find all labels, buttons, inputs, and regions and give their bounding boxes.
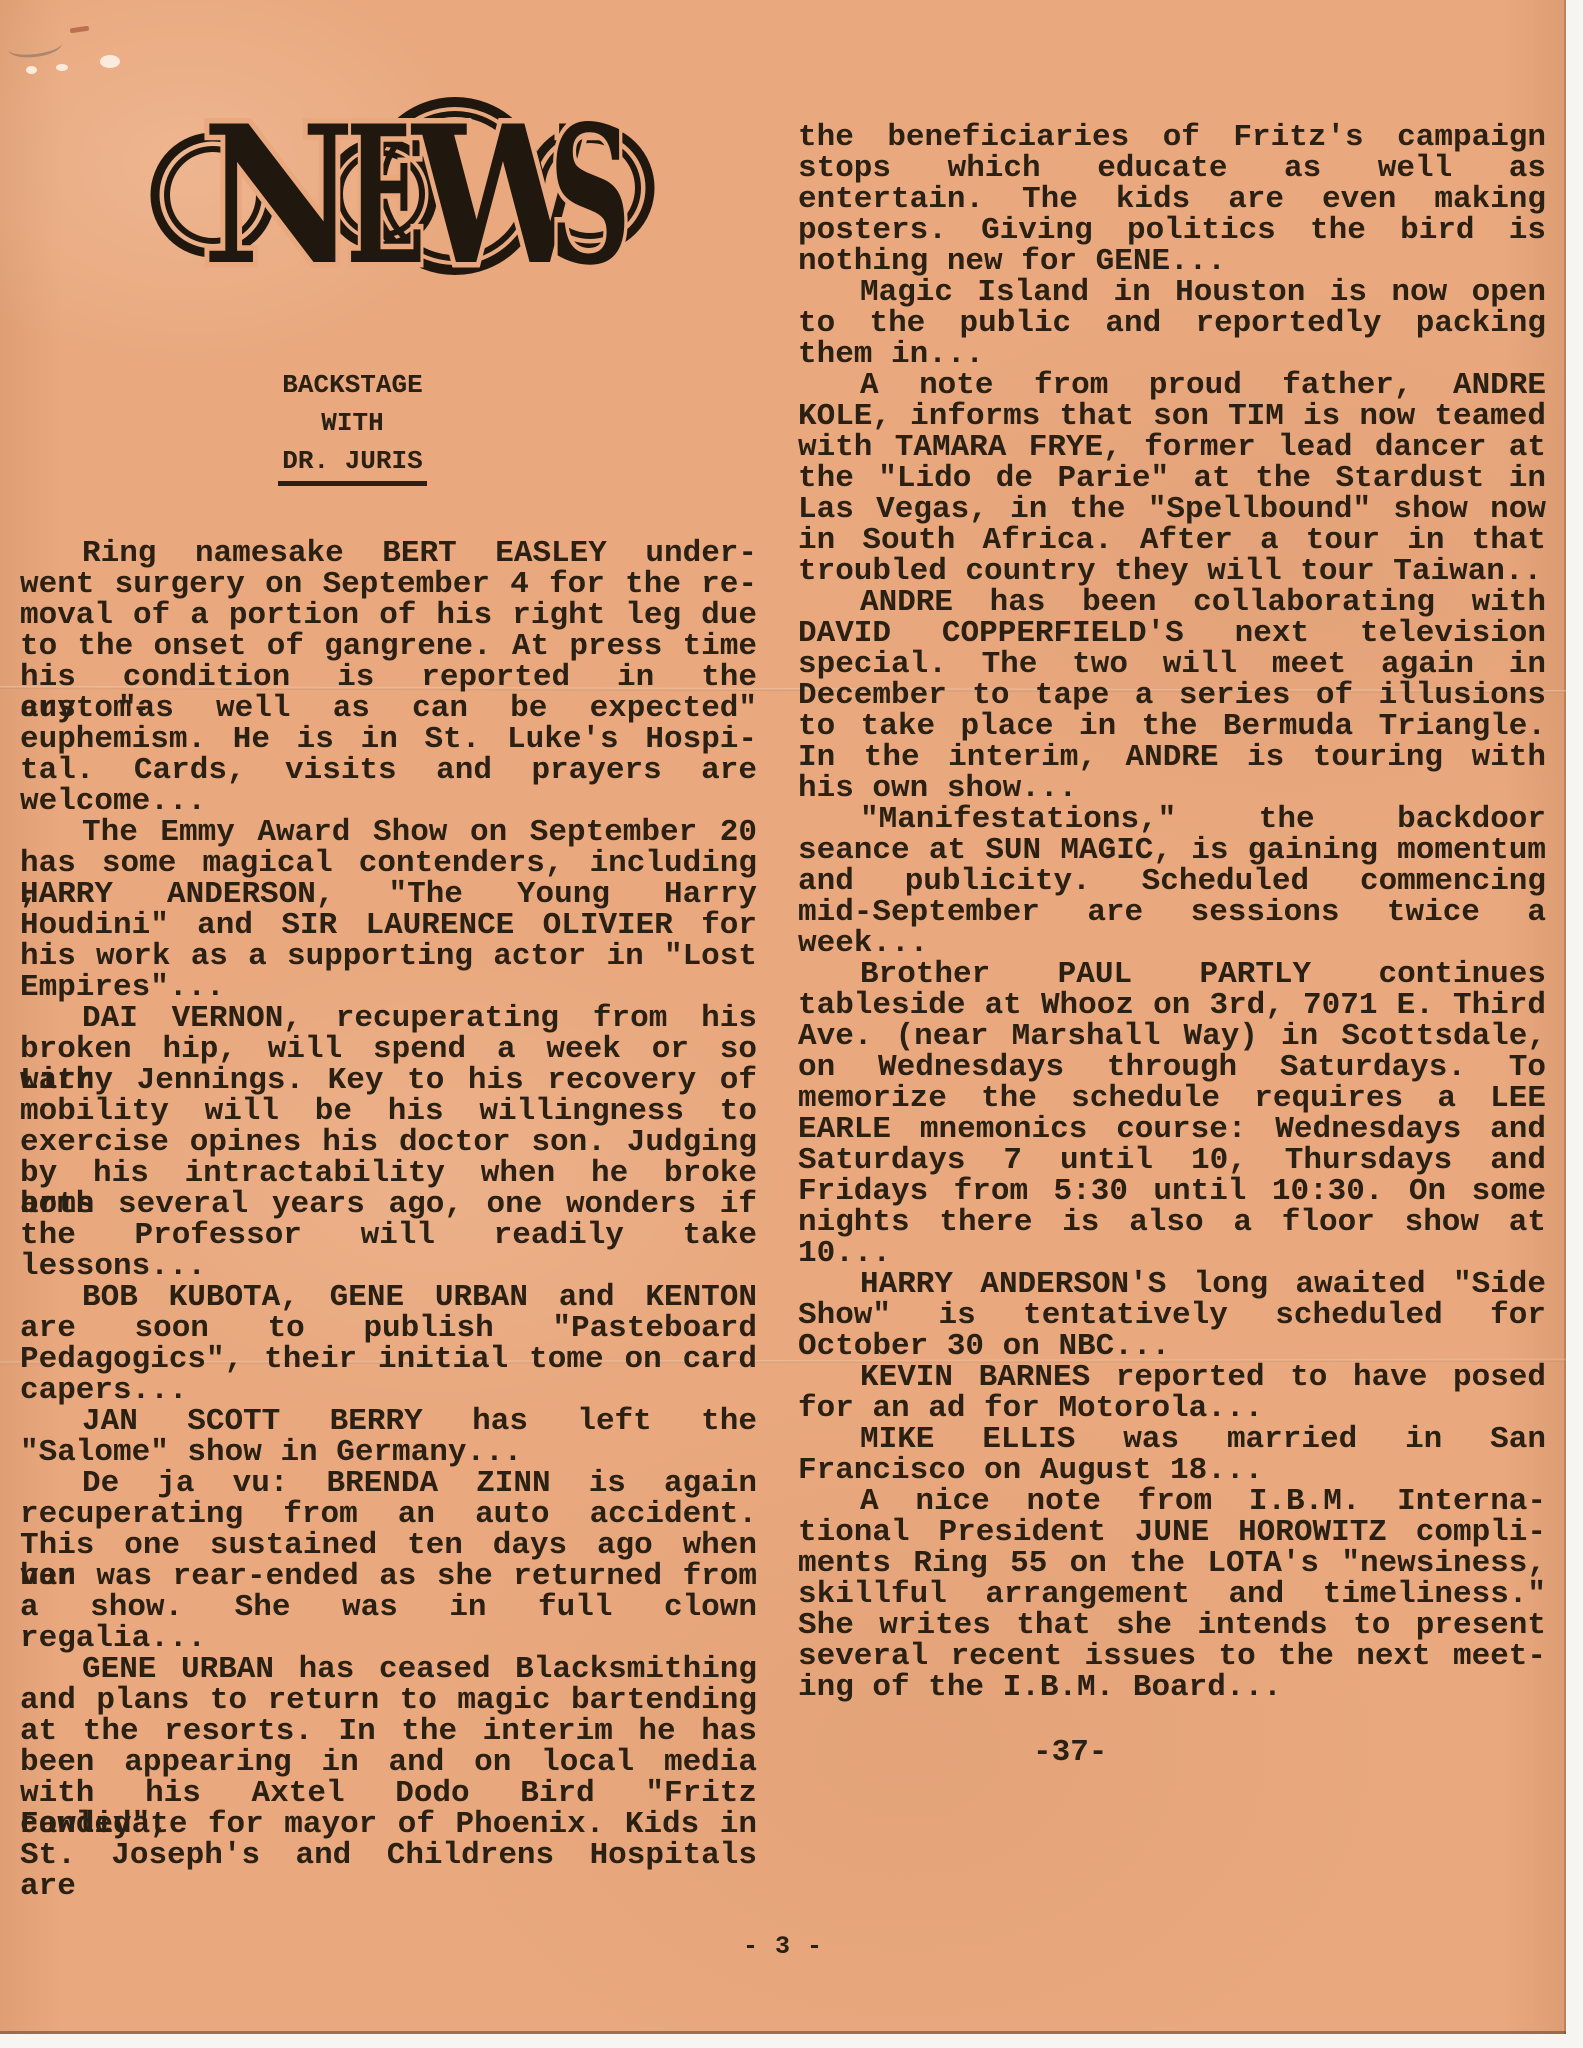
text-line: HARRY ANDERSON, "The Young Harry [20, 879, 757, 910]
text-line: Fridays from 5:30 until 10:30. On some [798, 1176, 1546, 1207]
text-line: Francisco on August 18... [798, 1455, 1546, 1486]
text-line: mid-September are sessions twice a [798, 897, 1546, 928]
text-line: memorize the schedule requires a LEE [798, 1083, 1546, 1114]
text-line: special. The two will meet again in [798, 649, 1546, 680]
text-line: DAI VERNON, recuperating from his [20, 1003, 757, 1034]
heading-line-backstage: BACKSTAGE [278, 366, 426, 404]
text-line: Show" is tentatively scheduled for [798, 1300, 1546, 1331]
text-line: DAVID COPPERFIELD'S next television [798, 618, 1546, 649]
text-line: 10... [798, 1238, 1546, 1269]
text-line: October 30 on NBC... [798, 1331, 1546, 1362]
text-line: Las Vegas, in the "Spellbound" show now [798, 494, 1546, 525]
heading-line-dr-juris: DR. JURIS [278, 442, 426, 486]
text-line: ary "as well as can be expected" [20, 693, 757, 724]
text-line: BOB KUBOTA, GENE URBAN and KENTON [20, 1282, 757, 1313]
text-line: to take place in the Bermuda Triangle. [798, 711, 1546, 742]
text-line: on Wednesdays through Saturdays. To [798, 1052, 1546, 1083]
text-line: troubled country they will tour Taiwan.. [798, 556, 1546, 587]
paper-speck [26, 66, 37, 74]
text-line: A note from proud father, ANDRE [798, 370, 1546, 401]
text-line: This one sustained ten days ago when her [20, 1530, 757, 1561]
column-heading: BACKSTAGE WITH DR. JURIS [20, 366, 757, 486]
text-line: MIKE ELLIS was married in San [798, 1424, 1546, 1455]
article-end-mark: -37- [798, 1737, 1546, 1768]
text-line: Ave. (near Marshall Way) in Scottsdale, [798, 1021, 1546, 1052]
text-line: to the onset of gangrene. At press time [20, 631, 757, 662]
text-line: posters. Giving politics the bird is [798, 215, 1546, 246]
logo-letter-s: S [549, 90, 631, 288]
text-line: several recent issues to the next meet- [798, 1641, 1546, 1672]
text-line: Saturdays 7 until 10, Thursdays and [798, 1145, 1546, 1176]
scanner-edge-bottom [0, 2034, 1583, 2048]
text-line: EARLE mnemonics course: Wednesdays and [798, 1114, 1546, 1145]
text-line: ing of the I.B.M. Board... [798, 1672, 1546, 1703]
text-line: skillful arrangement and timeliness." [798, 1579, 1546, 1610]
text-line: KOLE, informs that son TIM is now teamed [798, 401, 1546, 432]
text-line: the Professor will readily take [20, 1220, 757, 1251]
text-line: Brother PAUL PARTLY continues [798, 959, 1546, 990]
text-line: for an ad for Motorola... [798, 1393, 1546, 1424]
text-line: Larry Jennings. Key to his recovery of [20, 1065, 757, 1096]
text-line: in South Africa. After a tour in that [798, 525, 1546, 556]
text-line: Houdini" and SIR LAURENCE OLIVIER for [20, 910, 757, 941]
text-line: December to tape a series of illusions [798, 680, 1546, 711]
text-line: seance at SUN MAGIC, is gaining momentum [798, 835, 1546, 866]
left-column: Ring namesake BERT EASLEY under-went sur… [20, 538, 757, 1871]
text-line: Magic Island in Houston is now open [798, 277, 1546, 308]
text-line: exercise opines his doctor son. Judging [20, 1127, 757, 1158]
text-line: with TAMARA FRYE, former lead dancer at [798, 432, 1546, 463]
text-line: In the interim, ANDRE is touring with [798, 742, 1546, 773]
text-line: with his Axtel Dodo Bird "Fritz Fowley", [20, 1778, 757, 1809]
text-line: his own show... [798, 773, 1546, 804]
text-line: St. Joseph's and Childrens Hospitals are [20, 1840, 757, 1871]
text-line: candidate for mayor of Phoenix. Kids in [20, 1809, 757, 1840]
text-line: arms several years ago, one wonders if [20, 1189, 757, 1220]
text-line: recuperating from an auto accident. [20, 1499, 757, 1530]
text-line: to the public and reportedly packing [798, 308, 1546, 339]
news-logo: N E W S [128, 90, 660, 288]
text-line: nights there is also a floor show at [798, 1207, 1546, 1238]
text-line: broken hip, will spend a week or so with [20, 1034, 757, 1065]
text-line: HARRY ANDERSON'S long awaited "Side [798, 1269, 1546, 1300]
text-line: by his intractability when he broke both [20, 1158, 757, 1189]
text-line: ANDRE has been collaborating with [798, 587, 1546, 618]
text-line: Ring namesake BERT EASLEY under- [20, 538, 757, 569]
text-line: "Manifestations," the backdoor [798, 804, 1546, 835]
text-line: JAN SCOTT BERRY has left the [20, 1406, 757, 1437]
text-line: capers... [20, 1375, 757, 1406]
paper-speck [100, 55, 120, 68]
text-line: mobility will be his willingness to [20, 1096, 757, 1127]
text-line: are soon to publish "Pasteboard [20, 1313, 757, 1344]
text-line: his work as a supporting actor in "Lost [20, 941, 757, 972]
text-line: The Emmy Award Show on September 20 [20, 817, 757, 848]
text-line: them in... [798, 339, 1546, 370]
text-line: a show. She was in full clown [20, 1592, 757, 1623]
text-line: ments Ring 55 on the LOTA's "newsiness, [798, 1548, 1546, 1579]
text-line: "Salome" show in Germany... [20, 1437, 757, 1468]
text-line: GENE URBAN has ceased Blacksmithing [20, 1654, 757, 1685]
text-line: at the resorts. In the interim he has [20, 1716, 757, 1747]
page-number: - 3 - [0, 1934, 1566, 1960]
text-line: tional President JUNE HOROWITZ compli- [798, 1517, 1546, 1548]
text-line: regalia... [20, 1623, 757, 1654]
text-line: the beneficiaries of Fritz's campaign [798, 122, 1546, 153]
text-line: stops which educate as well as [798, 153, 1546, 184]
scanned-newsletter-page: N E W S BACKSTAGE WITH DR. JURIS Ring na… [0, 0, 1583, 2048]
text-line: tableside at Whooz on 3rd, 7071 E. Third [798, 990, 1546, 1021]
logo-letter-n: N [202, 90, 358, 288]
text-line: and plans to return to magic bartending [20, 1685, 757, 1716]
text-line: A nice note from I.B.M. Interna- [798, 1486, 1546, 1517]
text-line: and publicity. Scheduled commencing [798, 866, 1546, 897]
text-line: lessons... [20, 1251, 757, 1282]
right-column: the beneficiaries of Fritz's campaignsto… [798, 122, 1546, 1703]
text-line: van was rear-ended as she returned from [20, 1561, 757, 1592]
text-line: De ja vu: BRENDA ZINN is again [20, 1468, 757, 1499]
text-line: been appearing in and on local media [20, 1747, 757, 1778]
text-line: tal. Cards, visits and prayers are [20, 755, 757, 786]
text-line: euphemism. He is in St. Luke's Hospi- [20, 724, 757, 755]
text-line: KEVIN BARNES reported to have posed [798, 1362, 1546, 1393]
text-line: nothing new for GENE... [798, 246, 1546, 277]
text-line: Empires"... [20, 972, 757, 1003]
text-line: welcome... [20, 786, 757, 817]
text-line: week... [798, 928, 1546, 959]
paper-speck [56, 64, 68, 71]
text-line: She writes that she intends to present [798, 1610, 1546, 1641]
text-line: the "Lido de Parie" at the Stardust in [798, 463, 1546, 494]
text-line: moval of a portion of his right leg due [20, 600, 757, 631]
text-line: Pedagogics", their initial tome on card [20, 1344, 757, 1375]
text-line: entertain. The kids are even making [798, 184, 1546, 215]
scanner-edge-right [1566, 0, 1583, 2048]
heading-line-with: WITH [278, 404, 426, 442]
text-line: went surgery on September 4 for the re- [20, 569, 757, 600]
text-line: his condition is reported in the custom- [20, 662, 757, 693]
text-line: has some magical contenders, including , [20, 848, 757, 879]
